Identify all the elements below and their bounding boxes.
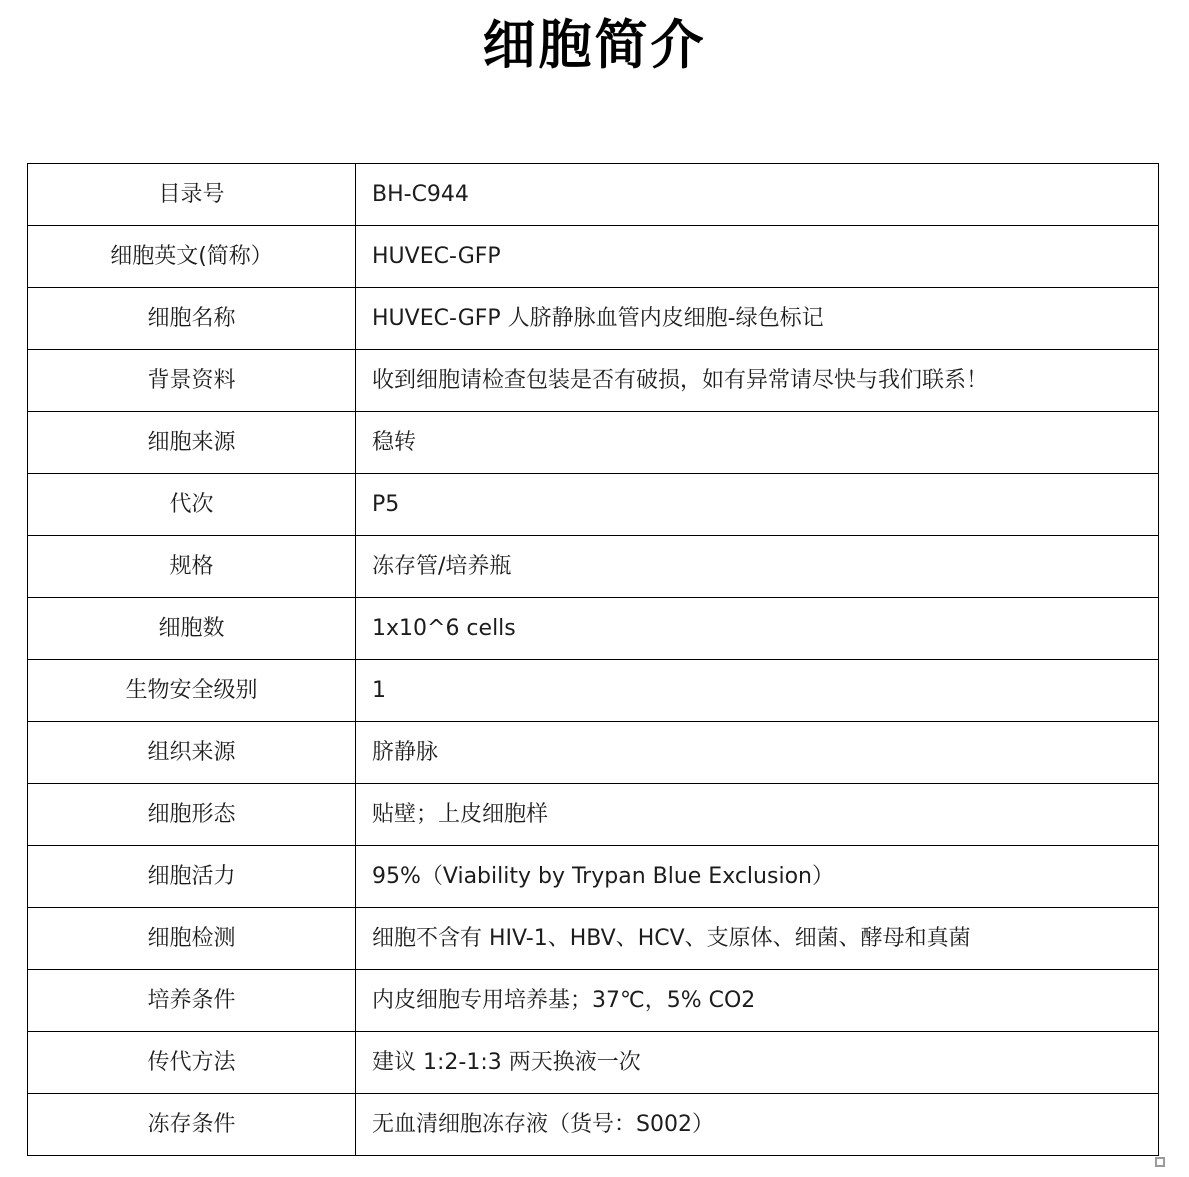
- row-label: 冻存条件: [28, 1094, 356, 1156]
- row-value: 建议 1:2-1:3 两天换液一次: [356, 1032, 1159, 1094]
- row-label: 背景资料: [28, 350, 356, 412]
- row-value: BH-C944: [356, 164, 1159, 226]
- row-label: 组织来源: [28, 722, 356, 784]
- cell-info-table: 目录号 BH-C944 细胞英文(简称） HUVEC-GFP 细胞名称 HUVE…: [27, 163, 1159, 1156]
- row-label: 目录号: [28, 164, 356, 226]
- table-row: 细胞活力 95%（Viability by Trypan Blue Exclus…: [28, 846, 1159, 908]
- row-label: 细胞形态: [28, 784, 356, 846]
- table-row: 细胞来源 稳转: [28, 412, 1159, 474]
- table-row: 生物安全级别 1: [28, 660, 1159, 722]
- table-row: 规格 冻存管/培养瓶: [28, 536, 1159, 598]
- row-label: 细胞数: [28, 598, 356, 660]
- row-label: 细胞来源: [28, 412, 356, 474]
- row-label: 规格: [28, 536, 356, 598]
- row-value: 无血清细胞冻存液（货号：S002）: [356, 1094, 1159, 1156]
- row-label: 传代方法: [28, 1032, 356, 1094]
- table-row: 目录号 BH-C944: [28, 164, 1159, 226]
- table-row: 细胞形态 贴壁；上皮细胞样: [28, 784, 1159, 846]
- row-label: 培养条件: [28, 970, 356, 1032]
- corner-handle-icon: [1155, 1157, 1165, 1167]
- row-value: HUVEC-GFP 人脐静脉血管内皮细胞-绿色标记: [356, 288, 1159, 350]
- table-row: 细胞检测 细胞不含有 HIV-1、HBV、HCV、支原体、细菌、酵母和真菌: [28, 908, 1159, 970]
- row-value: 贴壁；上皮细胞样: [356, 784, 1159, 846]
- row-label: 细胞英文(简称）: [28, 226, 356, 288]
- row-label: 生物安全级别: [28, 660, 356, 722]
- page-title: 细胞简介: [0, 0, 1189, 80]
- row-value: 稳转: [356, 412, 1159, 474]
- table-row: 冻存条件 无血清细胞冻存液（货号：S002）: [28, 1094, 1159, 1156]
- table-row: 背景资料 收到细胞请检查包装是否有破损，如有异常请尽快与我们联系！: [28, 350, 1159, 412]
- row-value: HUVEC-GFP: [356, 226, 1159, 288]
- row-label: 细胞名称: [28, 288, 356, 350]
- row-value: 冻存管/培养瓶: [356, 536, 1159, 598]
- table-row: 传代方法 建议 1:2-1:3 两天换液一次: [28, 1032, 1159, 1094]
- table-row: 培养条件 内皮细胞专用培养基；37℃，5% CO2: [28, 970, 1159, 1032]
- table-row: 代次 P5: [28, 474, 1159, 536]
- row-value: P5: [356, 474, 1159, 536]
- row-value: 内皮细胞专用培养基；37℃，5% CO2: [356, 970, 1159, 1032]
- row-value: 收到细胞请检查包装是否有破损，如有异常请尽快与我们联系！: [356, 350, 1159, 412]
- row-value: 脐静脉: [356, 722, 1159, 784]
- table-row: 细胞名称 HUVEC-GFP 人脐静脉血管内皮细胞-绿色标记: [28, 288, 1159, 350]
- row-value: 95%（Viability by Trypan Blue Exclusion）: [356, 846, 1159, 908]
- row-value: 细胞不含有 HIV-1、HBV、HCV、支原体、细菌、酵母和真菌: [356, 908, 1159, 970]
- row-label: 细胞检测: [28, 908, 356, 970]
- table-row: 细胞英文(简称） HUVEC-GFP: [28, 226, 1159, 288]
- table-row: 组织来源 脐静脉: [28, 722, 1159, 784]
- row-label: 细胞活力: [28, 846, 356, 908]
- row-value: 1x10^6 cells: [356, 598, 1159, 660]
- row-value: 1: [356, 660, 1159, 722]
- row-label: 代次: [28, 474, 356, 536]
- table-row: 细胞数 1x10^6 cells: [28, 598, 1159, 660]
